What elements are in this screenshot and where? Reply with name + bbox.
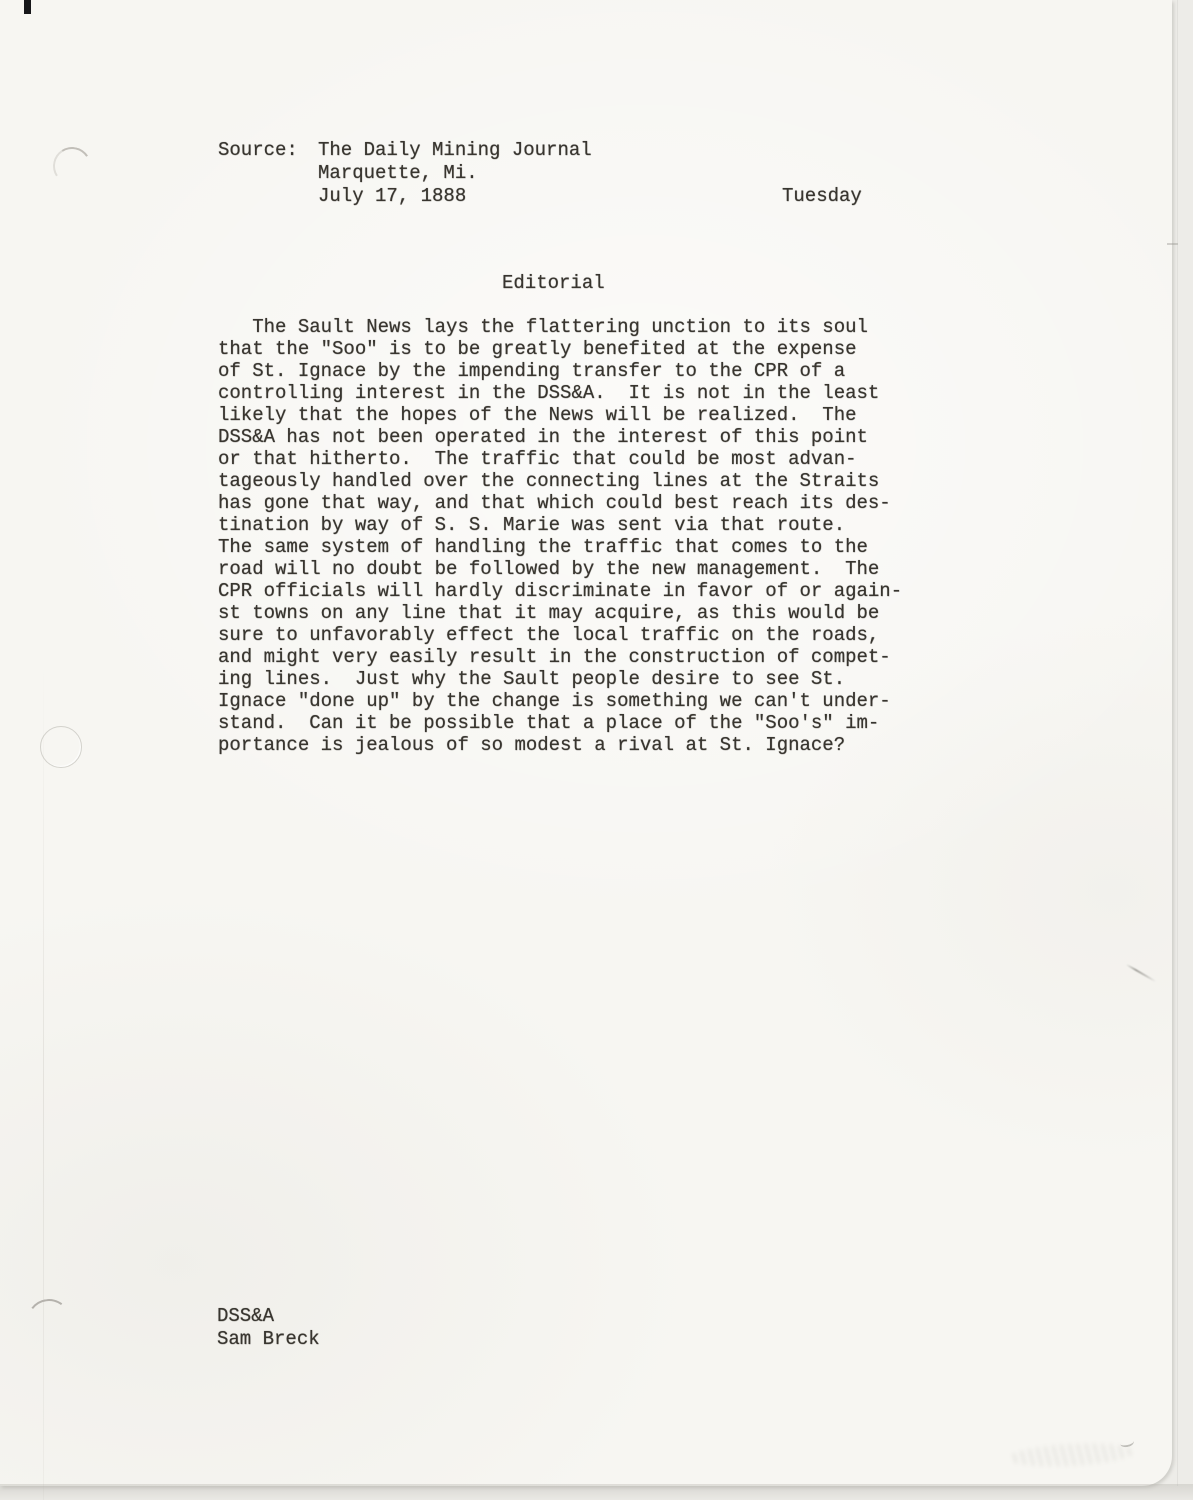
scanned-document: Source: The Daily Mining Journal Marquet… <box>0 0 1193 1500</box>
edge-stray-mark <box>1167 243 1178 245</box>
faint-stamp-smudge <box>1008 1441 1135 1470</box>
binder-mark <box>24 0 31 14</box>
editorial-body: The Sault News lays the flattering uncti… <box>218 316 902 756</box>
source-details: The Daily Mining Journal Marquette, Mi. … <box>318 139 592 208</box>
punch-hole-bottom <box>24 1296 74 1346</box>
attribution-lines: DSS&A Sam Breck <box>217 1305 320 1351</box>
source-label: Source: <box>218 139 298 161</box>
scan-bottom-shadow <box>0 1484 1193 1500</box>
paper-sheet: Source: The Daily Mining Journal Marquet… <box>0 0 1172 1486</box>
punch-hole-middle <box>40 726 82 768</box>
paper-crease-line <box>43 660 44 1500</box>
pencil-stray-mark <box>1126 964 1156 983</box>
punch-hole-top <box>49 143 94 188</box>
weekday-label: Tuesday <box>782 185 862 207</box>
editorial-title: Editorial <box>502 272 605 294</box>
